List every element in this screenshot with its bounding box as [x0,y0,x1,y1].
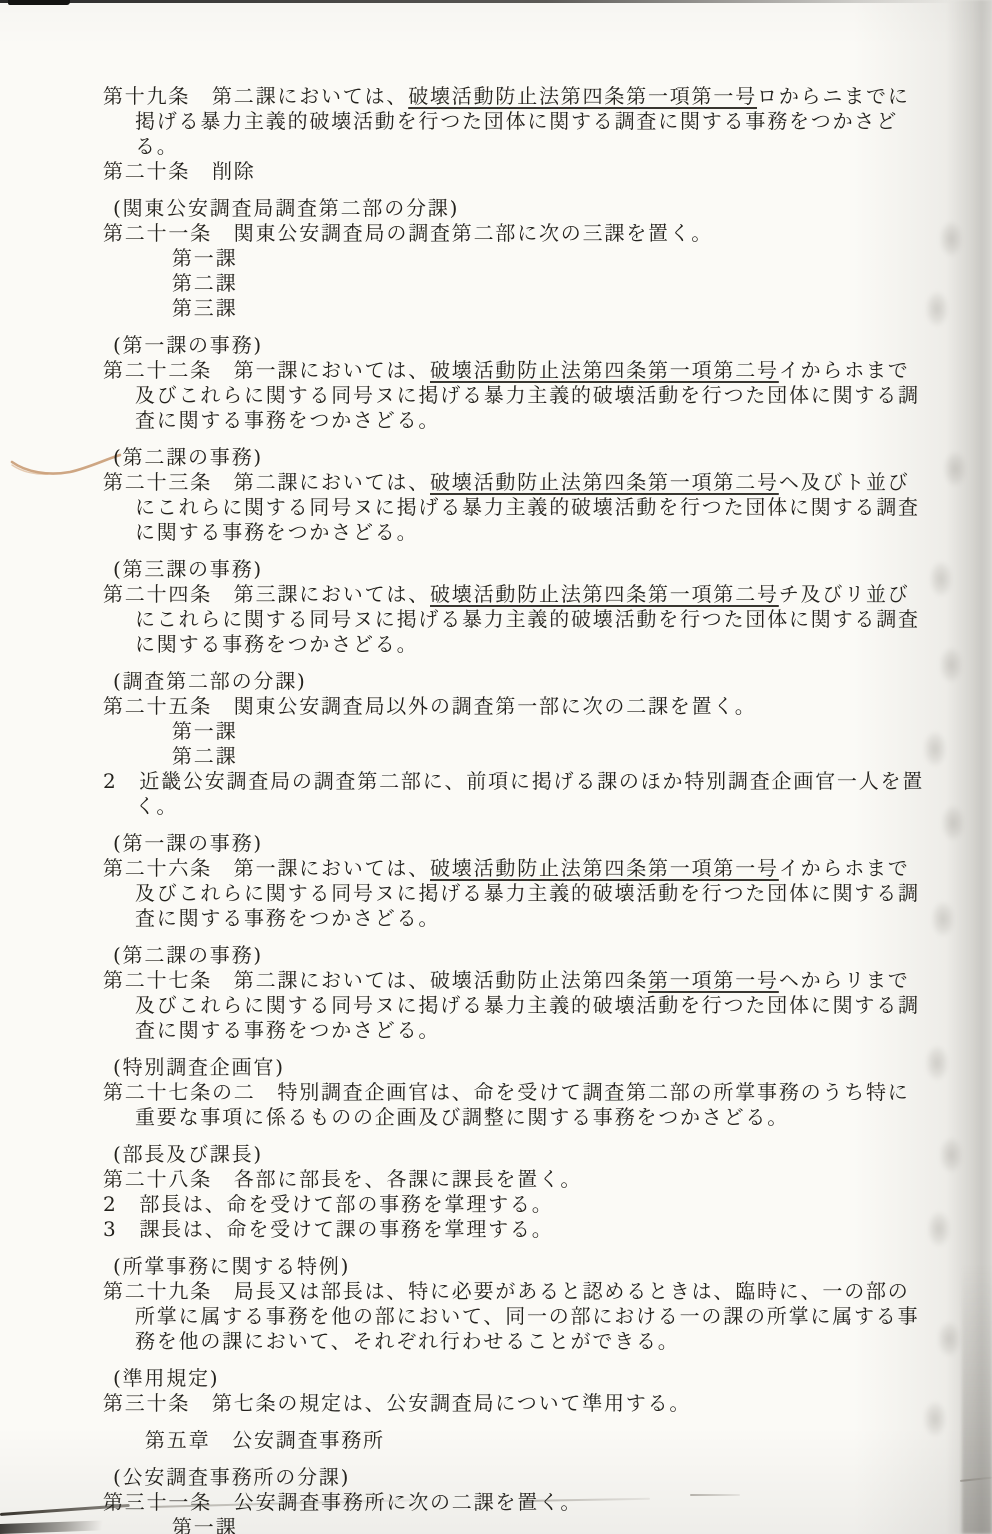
heading-dai2ka-jimu-1: (第二課の事務) [103,445,925,470]
heading-chosa-dai2bu-bunka: (調査第二部の分課) [103,669,925,694]
heading-junyo-kitei: (準用規定) [103,1366,925,1391]
bleed-through-mark [940,648,962,682]
bleed-through-mark [924,732,946,766]
article-27: 第二十七条 第二課においては、破壊活動防止法第四条第一項第一号ヘからリまで及びこ… [103,968,925,1043]
article-28-para-3: 3 課長は、命を受けて課の事務を掌理する。 [103,1217,925,1242]
bleed-through-mark [926,1046,948,1080]
scan-edge-top-blob [8,0,70,5]
scan-edge-top-line [0,0,992,3]
heading-jimusho-bunka: (公安調査事務所の分課) [103,1465,925,1490]
bleed-through-mark [942,806,964,840]
article-30: 第三十条 第七条の規定は、公安調査局について準用する。 [103,1391,925,1416]
item-ka-1: 第一課 [103,246,925,271]
heading-kanto-dai2bu-bunka: (関東公安調査局調査第二部の分課) [103,196,925,221]
article-31: 第三十一条 公安調査事務所に次の二課を置く。 [103,1490,925,1515]
bleed-through-mark [944,452,966,486]
bleed-through-mark [940,1138,962,1172]
article-26: 第二十六条 第一課においては、破壊活動防止法第四条第一項第一号イからホまで及びこ… [103,856,925,931]
article-20: 第二十条 削除 [103,159,925,184]
heading-tokubetsu-chosa-kikakukan: (特別調査企画官) [103,1055,925,1080]
article-28-para-2: 2 部長は、命を受けて部の事務を掌理する。 [103,1192,925,1217]
article-22: 第二十二条 第一課においては、破壊活動防止法第四条第一項第二号イからホまで及びこ… [103,358,925,433]
bleed-through-mark [938,1322,960,1356]
article-19: 第十九条 第二課においては、破壊活動防止法第四条第一項第一号ロからニまでに掲げる… [103,84,925,159]
item-ka-1b: 第一課 [103,719,925,744]
bleed-through-mark [926,292,948,326]
article-25: 第二十五条 関東公安調査局以外の調査第一部に次の二課を置く。 [103,694,925,719]
article-25-para-2: 2 近畿公安調査局の調査第二部に、前項に掲げる課のほか特別調査企画官一人を置く。 [103,769,925,819]
item-ka-3: 第三課 [103,296,925,321]
heading-dai1ka-jimu-2: (第一課の事務) [103,831,925,856]
article-23: 第二十三条 第二課においては、破壊活動防止法第四条第一項第二号ヘ及びト並びにこれ… [103,470,925,545]
item-ka-2: 第二課 [103,271,925,296]
heading-dai3ka-jimu: (第三課の事務) [103,557,925,582]
bleed-through-mark [930,562,952,596]
article-24: 第二十四条 第三課においては、破壊活動防止法第四条第一項第二号チ及びリ並びにこれ… [103,582,925,657]
article-27-2: 第二十七条の二 特別調査企画官は、命を受けて調査第二部の所掌事務のうち特に重要な… [103,1080,925,1130]
page-edge-shade [962,1264,992,1534]
item-ka-2b: 第二課 [103,744,925,769]
article-21: 第二十一条 関東公安調査局の調査第二部に次の三課を置く。 [103,221,925,246]
scanned-document-page: { "page": { "colors": { "ink": "#23211c"… [0,0,992,1534]
heading-shosho-jimu-tokurei: (所掌事務に関する特例) [103,1254,925,1279]
page-corner-shadow [0,1520,120,1534]
heading-dai2ka-jimu-2: (第二課の事務) [103,943,925,968]
heading-bucho-kacho: (部長及び課長) [103,1142,925,1167]
bleed-through-mark [932,902,954,936]
chapter-5: 第五章 公安調査事務所 [103,1428,925,1453]
article-29: 第二十九条 局長又は部長は、特に必要があると認めるときは、臨時に、一の部の所掌に… [103,1279,925,1354]
article-28: 第二十八条 各部に部長を、各課に課長を置く。 [103,1167,925,1192]
paper-background: 第十九条 第二課においては、破壊活動防止法第四条第一項第一号ロからニまでに掲げる… [0,0,992,1534]
bleed-through-mark [928,1212,950,1246]
bleed-through-mark [940,222,962,256]
item-ka-1c: 第一課 [103,1515,925,1534]
bleed-through-mark [924,1402,946,1436]
document-text: 第十九条 第二課においては、破壊活動防止法第四条第一項第一号ロからニまでに掲げる… [103,84,925,1534]
heading-dai1ka-jimu-1: (第一課の事務) [103,333,925,358]
